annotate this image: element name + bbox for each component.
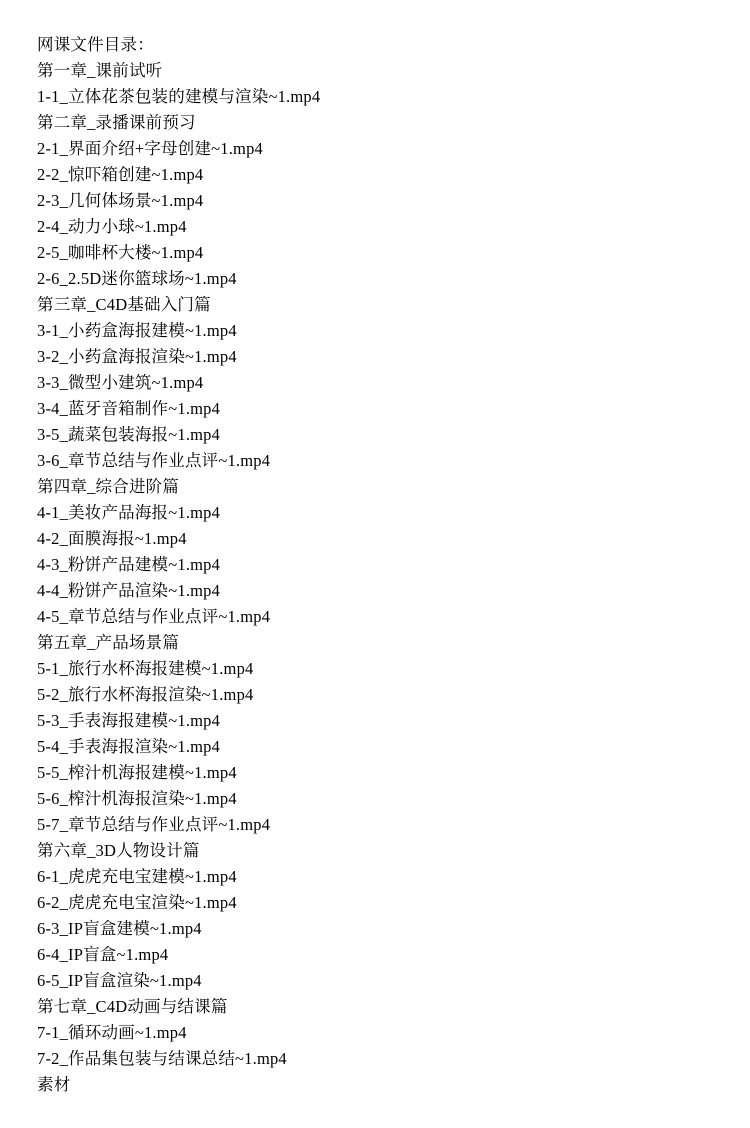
- file-item: 7-2_作品集包装与结课总结~1.mp4: [37, 1046, 730, 1072]
- chapter-heading: 第四章_综合进阶篇: [37, 474, 730, 500]
- file-item: 2-6_2.5D迷你篮球场~1.mp4: [37, 266, 730, 292]
- file-item: 4-5_章节总结与作业点评~1.mp4: [37, 604, 730, 630]
- file-item: 4-1_美妆产品海报~1.mp4: [37, 500, 730, 526]
- file-item: 4-2_面膜海报~1.mp4: [37, 526, 730, 552]
- file-item: 5-3_手表海报建模~1.mp4: [37, 708, 730, 734]
- chapter-heading: 第一章_课前试听: [37, 58, 730, 84]
- file-item: 2-1_界面介绍+字母创建~1.mp4: [37, 136, 730, 162]
- file-item: 6-3_IP盲盒建模~1.mp4: [37, 916, 730, 942]
- file-item: 3-5_蔬菜包装海报~1.mp4: [37, 422, 730, 448]
- file-item: 6-1_虎虎充电宝建模~1.mp4: [37, 864, 730, 890]
- file-item: 5-2_旅行水杯海报渲染~1.mp4: [37, 682, 730, 708]
- file-item: 2-3_几何体场景~1.mp4: [37, 188, 730, 214]
- file-item: 6-2_虎虎充电宝渲染~1.mp4: [37, 890, 730, 916]
- file-item: 4-3_粉饼产品建模~1.mp4: [37, 552, 730, 578]
- chapter-heading: 第三章_C4D基础入门篇: [37, 292, 730, 318]
- file-item: 5-7_章节总结与作业点评~1.mp4: [37, 812, 730, 838]
- file-item: 2-2_惊吓箱创建~1.mp4: [37, 162, 730, 188]
- chapter-heading: 第五章_产品场景篇: [37, 630, 730, 656]
- file-item: 3-4_蓝牙音箱制作~1.mp4: [37, 396, 730, 422]
- chapter-heading: 第二章_录播课前预习: [37, 110, 730, 136]
- file-item: 1-1_立体花茶包装的建模与渲染~1.mp4: [37, 84, 730, 110]
- file-item: 5-5_榨汁机海报建模~1.mp4: [37, 760, 730, 786]
- file-item: 5-1_旅行水杯海报建模~1.mp4: [37, 656, 730, 682]
- file-item: 3-2_小药盒海报渲染~1.mp4: [37, 344, 730, 370]
- footer-item: 素材: [37, 1072, 730, 1098]
- file-item: 7-1_循环动画~1.mp4: [37, 1020, 730, 1046]
- file-item: 6-4_IP盲盒~1.mp4: [37, 942, 730, 968]
- file-item: 3-3_微型小建筑~1.mp4: [37, 370, 730, 396]
- file-item: 2-5_咖啡杯大楼~1.mp4: [37, 240, 730, 266]
- file-item: 5-6_榨汁机海报渲染~1.mp4: [37, 786, 730, 812]
- page-title: 网课文件目录：: [37, 32, 730, 58]
- course-file-directory-document: 网课文件目录： 第一章_课前试听1-1_立体花茶包装的建模与渲染~1.mp4第二…: [0, 0, 750, 1128]
- file-item: 6-5_IP盲盒渲染~1.mp4: [37, 968, 730, 994]
- file-item: 3-6_章节总结与作业点评~1.mp4: [37, 448, 730, 474]
- file-item: 3-1_小药盒海报建模~1.mp4: [37, 318, 730, 344]
- file-item: 5-4_手表海报渲染~1.mp4: [37, 734, 730, 760]
- chapter-heading: 第六章_3D人物设计篇: [37, 838, 730, 864]
- file-item: 2-4_动力小球~1.mp4: [37, 214, 730, 240]
- chapter-heading: 第七章_C4D动画与结课篇: [37, 994, 730, 1020]
- file-list: 第一章_课前试听1-1_立体花茶包装的建模与渲染~1.mp4第二章_录播课前预习…: [37, 58, 730, 1072]
- file-item: 4-4_粉饼产品渲染~1.mp4: [37, 578, 730, 604]
